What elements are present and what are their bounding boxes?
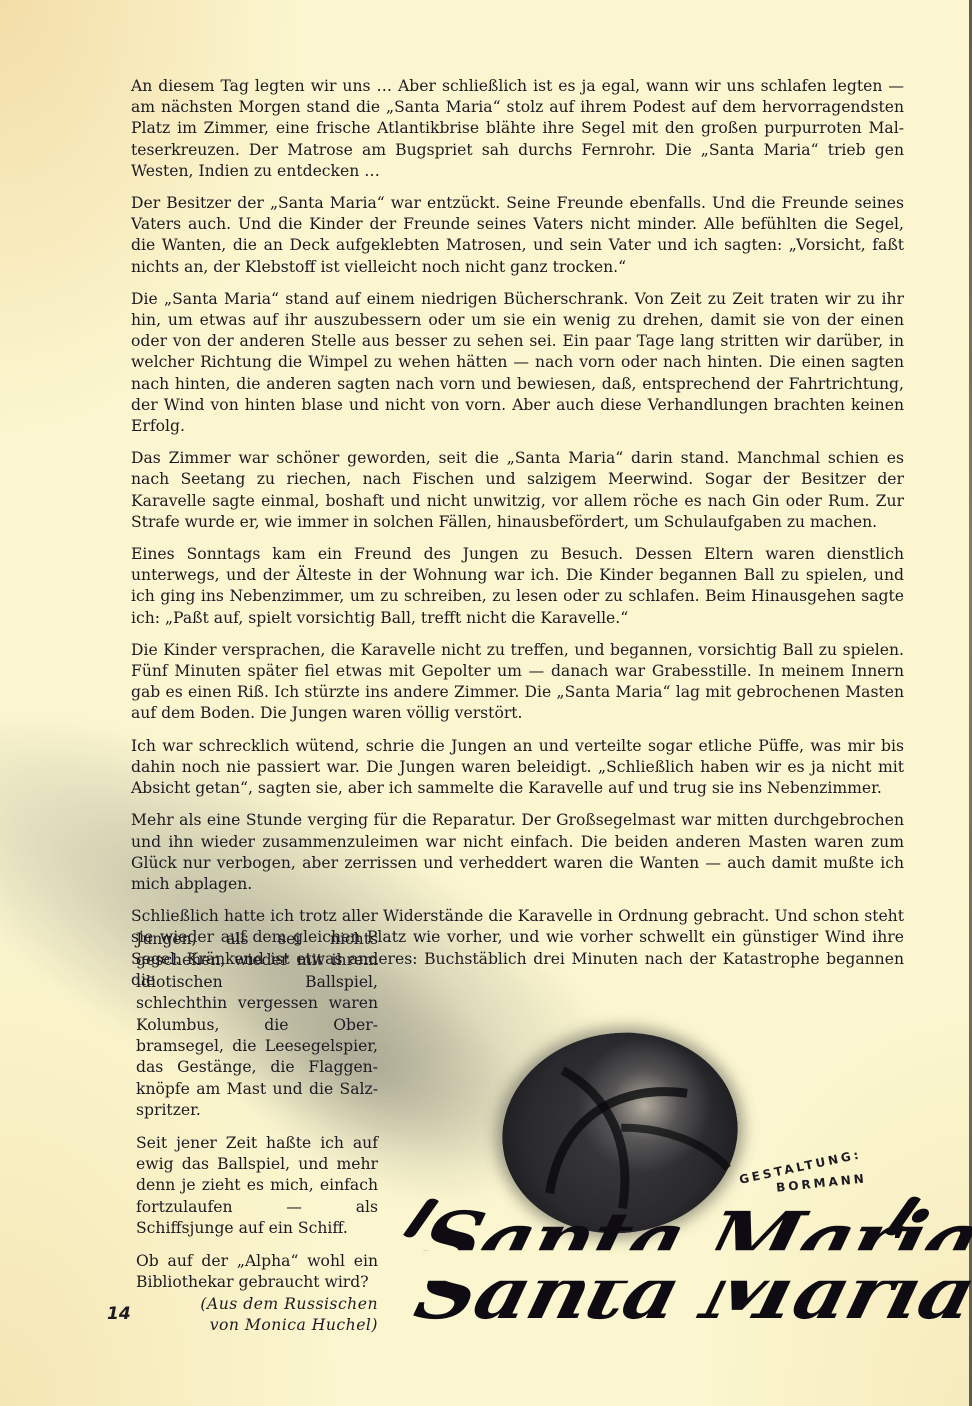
narrow-column: Jungen, als sei nichts geschehen, wieder… (136, 929, 378, 1336)
paragraph: Ob auf der „Alpha“ wohl ein Bibliothekar… (136, 1251, 378, 1294)
paragraph: Ich war schrecklich wütend, schrie die J… (131, 736, 904, 800)
title-bottom-half: Santa Maria (407, 1247, 972, 1336)
paragraph: Die „Santa Maria“ stand auf einem niedri… (131, 289, 904, 437)
translation-credit-line-1: (Aus dem Russischen (136, 1294, 378, 1315)
page-number: 14 (107, 1304, 131, 1324)
paragraph: Eines Sonntags kam ein Freund des Jungen… (131, 544, 904, 629)
title-lettering: Santa Maria Santa Maria (402, 1190, 922, 1380)
paragraph: Die Kinder versprachen, die Karavelle ni… (131, 640, 904, 725)
title-top-half: Santa Maria (411, 1195, 972, 1284)
paragraph: Der Besitzer der „Santa Maria“ war entzü… (131, 193, 904, 278)
paragraph: Jungen, als sei nichts geschehen, wieder… (136, 929, 378, 1122)
paragraph: Mehr als eine Stunde verging für die Rep… (131, 810, 904, 895)
article-body: An diesem Tag legten wir uns … Aber schl… (131, 76, 904, 1002)
paragraph: Seit jener Zeit haßte ich auf ewig das B… (136, 1133, 378, 1240)
paragraph: An diesem Tag legten wir uns … Aber schl… (131, 76, 904, 182)
paragraph: Das Zimmer war schöner geworden, seit di… (131, 448, 904, 533)
translation-credit-line-2: von Monica Huchel) (136, 1315, 378, 1336)
